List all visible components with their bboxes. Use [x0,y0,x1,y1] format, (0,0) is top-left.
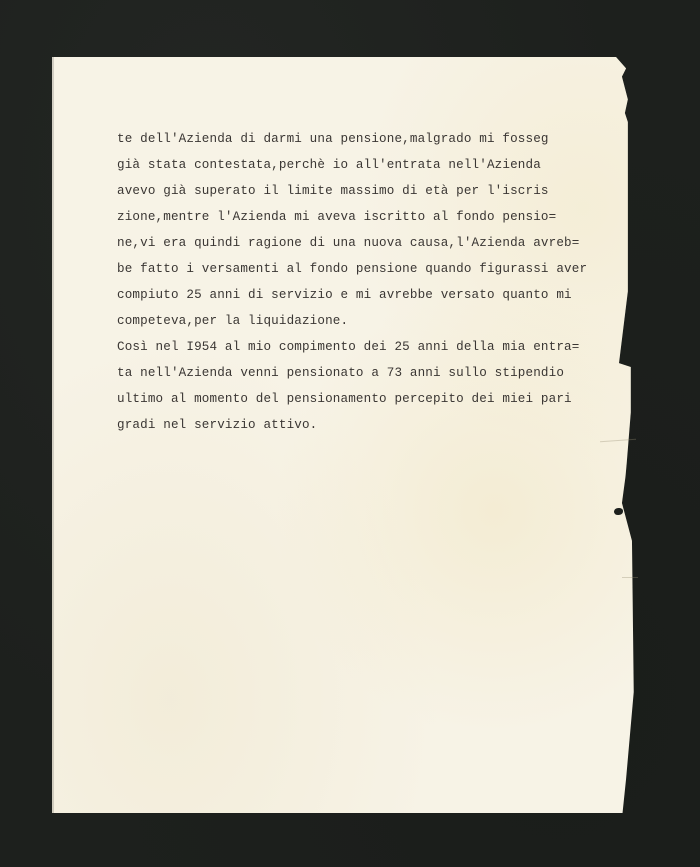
paper-edge [52,57,54,813]
text-line: compiuto 25 anni di servizio e mi avrebb… [117,282,587,308]
typewritten-text: te dell'Azienda di darmi una pensione,ma… [117,126,587,438]
text-line: te dell'Azienda di darmi una pensione,ma… [117,126,587,152]
paper-crease [622,577,638,578]
paper-tear-hole [614,508,623,515]
text-line: ultimo al momento del pensionamento perc… [117,386,587,412]
text-line: ta nell'Azienda venni pensionato a 73 an… [117,360,587,386]
text-line: ne,vi era quindi ragione di una nuova ca… [117,230,587,256]
text-line: già stata contestata,perchè io all'entra… [117,152,587,178]
text-line: competeva,per la liquidazione. [117,308,587,334]
text-line: be fatto i versamenti al fondo pensione … [117,256,587,282]
text-line: gradi nel servizio attivo. [117,412,587,438]
show-through-marks [110,530,590,590]
text-line: Così nel I954 al mio compimento dei 25 a… [117,334,587,360]
text-line: zione,mentre l'Azienda mi aveva iscritto… [117,204,587,230]
text-line: avevo già superato il limite massimo di … [117,178,587,204]
